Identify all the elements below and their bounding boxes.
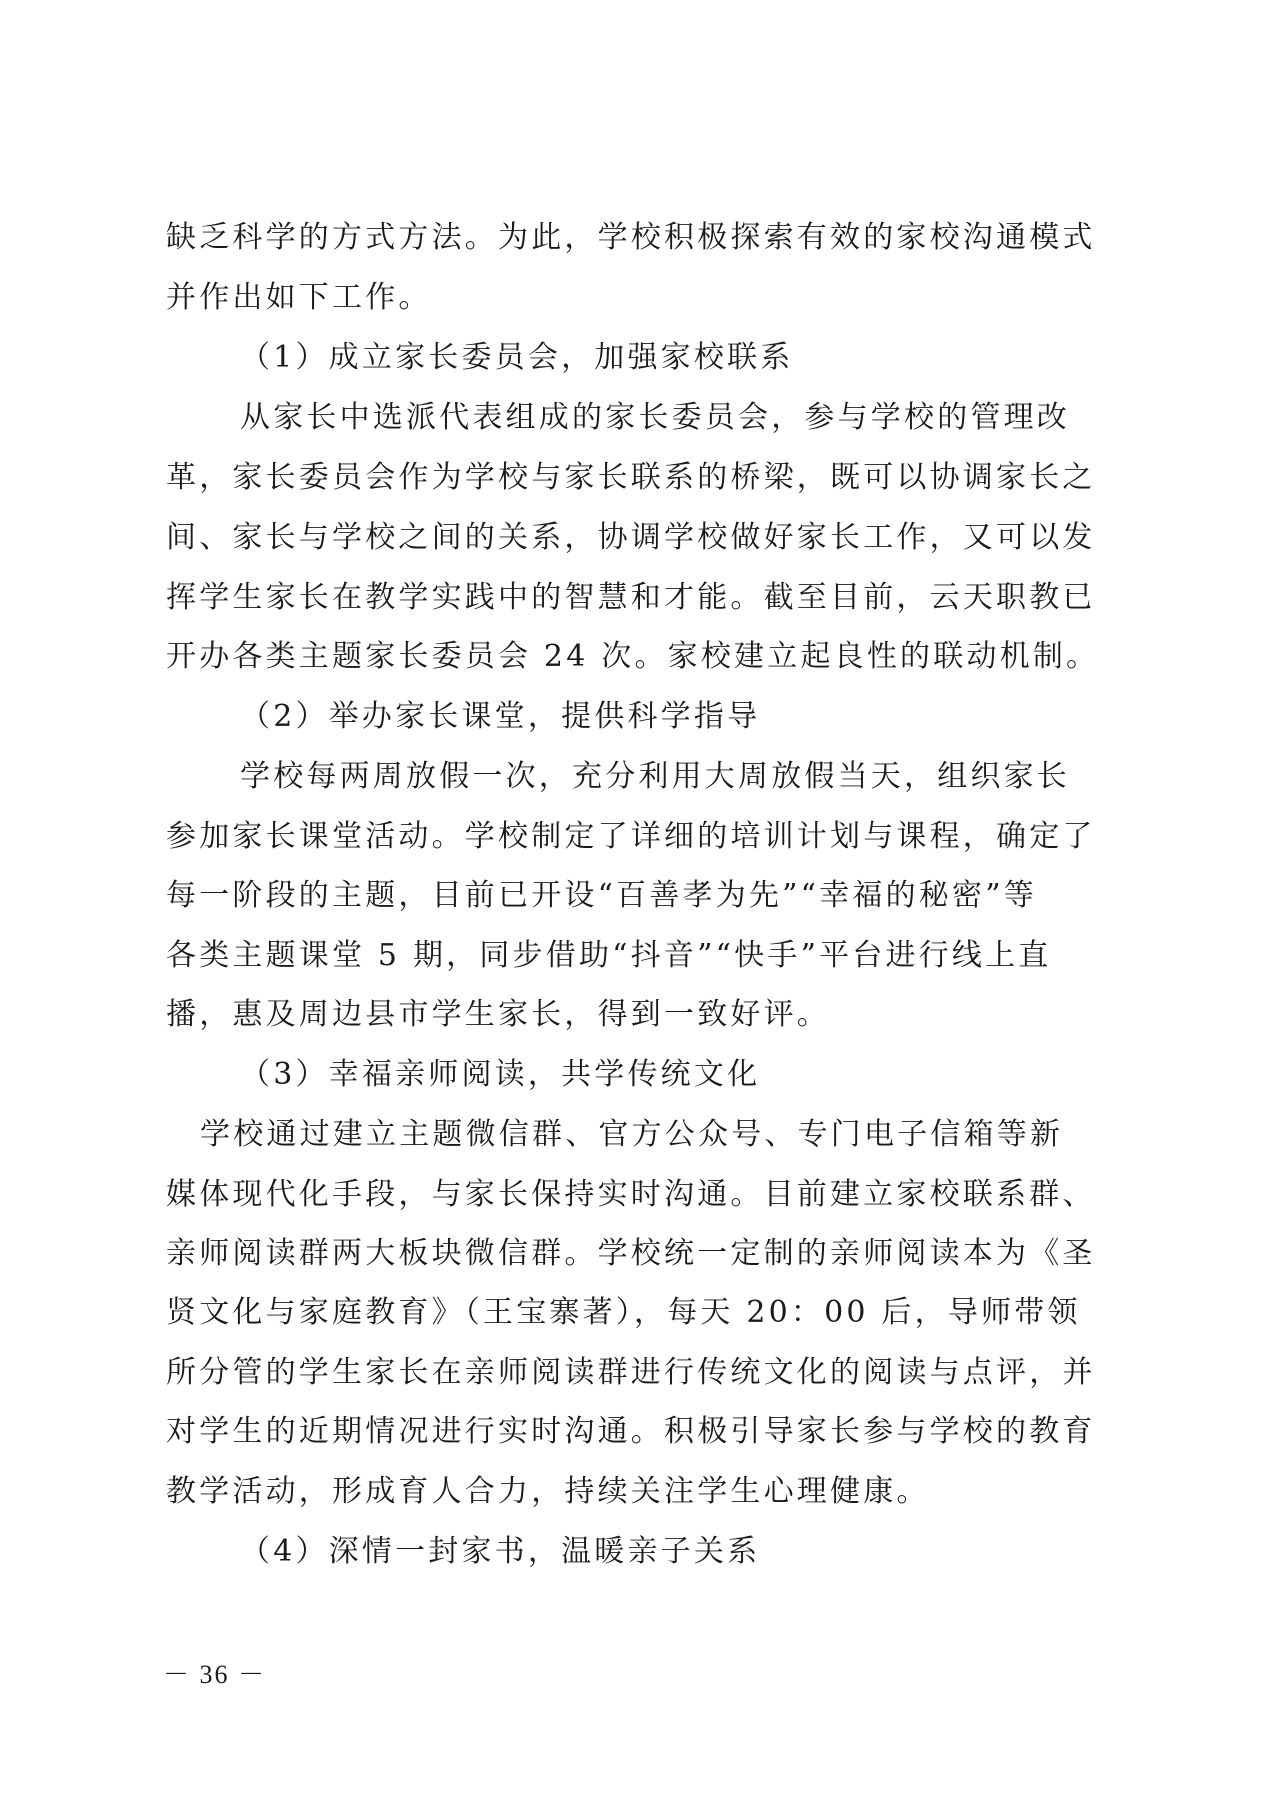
section-heading-2: （2）举办家长课堂，提供科学指导 — [240, 697, 1180, 737]
body-line: 参加家长课堂活动。学校制定了详细的培训计划与课程，确定了 — [166, 817, 1106, 857]
paragraph-first-line: 学校通过建立主题微信群、官方公众号、专门电子信箱等新 — [200, 1115, 1140, 1155]
body-line: 缺乏科学的方式方法。为此，学校积极探索有效的家校沟通模式 — [166, 218, 1106, 258]
section-heading-1: （1）成立家长委员会，加强家校联系 — [240, 338, 1180, 378]
page-number: － 36 － — [163, 1660, 266, 1690]
body-line: 对学生的近期情况进行实时沟通。积极引导家长参与学校的教育 — [166, 1412, 1106, 1452]
section-heading-3: （3）幸福亲师阅读，共学传统文化 — [240, 1055, 1180, 1095]
body-line: 革，家长委员会作为学校与家长联系的桥梁，既可以协调家长之 — [166, 458, 1106, 498]
body-line: 亲师阅读群两大板块微信群。学校统一定制的亲师阅读本为《圣 — [166, 1234, 1106, 1274]
body-line: 媒体现代化手段，与家长保持实时沟通。目前建立家校联系群、 — [166, 1175, 1106, 1215]
body-line: 挥学生家长在教学实践中的智慧和才能。截至目前，云天职教已 — [166, 578, 1106, 618]
paragraph-first-line: 从家长中选派代表组成的家长委员会，参与学校的管理改 — [240, 398, 1180, 438]
body-line: 开办各类主题家长委员会 24 次。家校建立起良性的联动机制。 — [166, 637, 1106, 677]
body-line: 每一阶段的主题，目前已开设“百善孝为先”“幸福的秘密”等 — [166, 876, 1106, 916]
body-line: 教学活动，形成育人合力，持续关注学生心理健康。 — [166, 1472, 1106, 1512]
paragraph-first-line: 学校每两周放假一次，充分利用大周放假当天，组织家长 — [240, 757, 1180, 797]
document-page: 缺乏科学的方式方法。为此，学校积极探索有效的家校沟通模式 并作出如下工作。 （1… — [0, 0, 1272, 1800]
body-line: 贤文化与家庭教育》（王宝寨著），每天 20：00 后，导师带领 — [166, 1293, 1106, 1333]
body-line: 间、家长与学校之间的关系，协调学校做好家长工作，又可以发 — [166, 518, 1106, 558]
section-heading-4: （4）深情一封家书，温暖亲子关系 — [240, 1532, 1180, 1572]
body-line: 并作出如下工作。 — [166, 278, 1106, 318]
body-line: 所分管的学生家长在亲师阅读群进行传统文化的阅读与点评，并 — [166, 1353, 1106, 1393]
body-line: 播，惠及周边县市学生家长，得到一致好评。 — [166, 995, 1106, 1035]
body-line: 各类主题课堂 5 期，同步借助“抖音”“快手”平台进行线上直 — [166, 936, 1106, 976]
